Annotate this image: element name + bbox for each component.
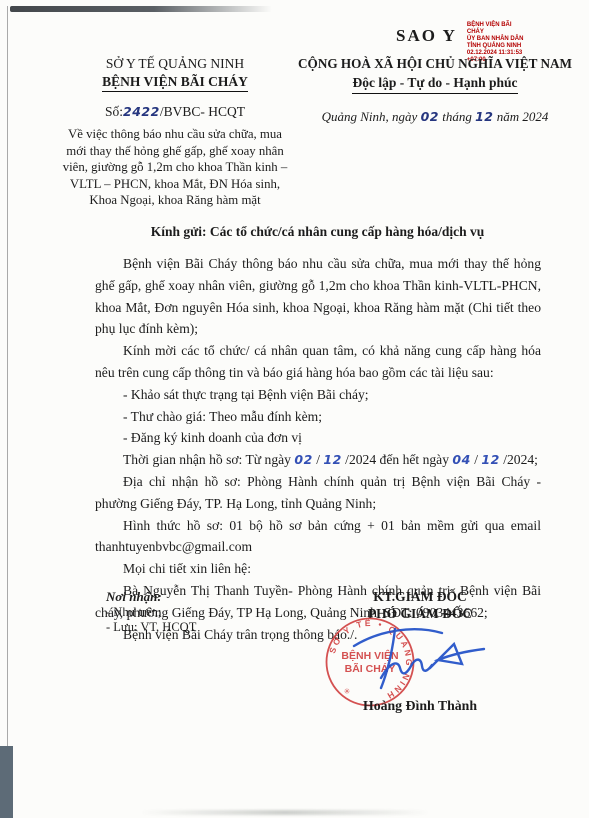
- paragraph-submission-format: Hình thức hồ sơ: 01 bộ hồ sơ bản cứng + …: [95, 515, 541, 559]
- handwritten-start-day: 02: [294, 452, 312, 467]
- cert-line: CHÁY: [467, 29, 567, 36]
- paragraph-contact-intro: Mọi chi tiết xin liên hệ:: [95, 558, 541, 580]
- handwritten-number: 2422: [123, 104, 160, 119]
- list-item-survey: - Khảo sát thực trạng tại Bệnh viện Bãi …: [95, 384, 541, 406]
- signer-title-kt: KT.GIÁM ĐỐC: [330, 589, 510, 606]
- national-motto: Độc lập - Tự do - Hạnh phúc: [295, 75, 575, 94]
- paragraph-deadline: Thời gian nhận hồ sơ: Từ ngày 02 / 12 /2…: [95, 449, 541, 471]
- recipients-block: Nơi nhận: - Như trên; - Lưu: VT, HCQT: [106, 589, 196, 636]
- cert-line: BỆNH VIỆN BÃI: [467, 22, 567, 29]
- recipients-title: Nơi nhận:: [106, 589, 196, 605]
- scan-smudge-bottom: [140, 810, 430, 815]
- scan-edge-line: [7, 6, 8, 818]
- handwritten-end-day: 04: [452, 452, 470, 467]
- paragraph-announcement: Bệnh viện Bãi Cháy thông báo nhu cầu sửa…: [95, 253, 541, 340]
- salutation-line: Kính gửi: Các tổ chức/cá nhân cung cấp h…: [95, 224, 540, 240]
- handwritten-month: 12: [475, 109, 493, 124]
- handwritten-start-month: 12: [323, 452, 341, 467]
- letterhead: SỞ Y TẾ QUẢNG NINH BỆNH VIỆN BÃI CHÁY Số…: [55, 56, 575, 209]
- handwritten-day: 02: [421, 109, 439, 124]
- recipient-item: - Như trên;: [106, 605, 196, 621]
- document-subject: Về việc thông báo nhu cầu sửa chữa, mua …: [57, 126, 294, 209]
- place-date-line: Quảng Ninh, ngày 02 tháng 12 năm 2024: [295, 109, 575, 125]
- scan-shadow-bottom-left: [0, 746, 13, 818]
- recipient-item: - Lưu: VT, HCQT: [106, 620, 196, 636]
- signature: [350, 620, 510, 700]
- list-item-business-registration: - Đăng ký kinh doanh của đơn vị: [95, 427, 541, 449]
- cert-line: TỈNH QUẢNG NINH: [467, 43, 567, 50]
- national-title: CỘNG HOÀ XÃ HỘI CHỦ NGHĨA VIỆT NAM: [295, 56, 575, 72]
- parent-org-name: SỞ Y TẾ QUẢNG NINH: [55, 56, 295, 72]
- paragraph-address: Địa chỉ nhận hồ sơ: Phòng Hành chính quả…: [95, 471, 541, 515]
- signer-name: Hoàng Đình Thành: [330, 698, 510, 714]
- paragraph-invitation: Kính mời các tổ chức/ cá nhân quan tâm, …: [95, 340, 541, 384]
- scan-shadow-top: [10, 6, 272, 12]
- org-name: BỆNH VIỆN BÃI CHÁY: [55, 74, 295, 92]
- national-motto-block: CỘNG HOÀ XÃ HỘI CHỦ NGHĨA VIỆT NAM Độc l…: [295, 56, 575, 209]
- scanned-official-letter: SAO Y BỆNH VIỆN BÃI CHÁY ỦY BAN NHÂN DÂN…: [0, 0, 589, 818]
- issuing-org-block: SỞ Y TẾ QUẢNG NINH BỆNH VIỆN BÃI CHÁY Số…: [55, 56, 295, 209]
- cert-line: ỦY BAN NHÂN DÂN: [467, 36, 567, 43]
- handwritten-end-month: 12: [481, 452, 499, 467]
- document-number: Số:2422/BVBC- HCQT: [55, 104, 295, 120]
- letter-body: Bệnh viện Bãi Cháy thông báo nhu cầu sửa…: [95, 253, 541, 645]
- list-item-quotation: - Thư chào giá: Theo mẫu đính kèm;: [95, 406, 541, 428]
